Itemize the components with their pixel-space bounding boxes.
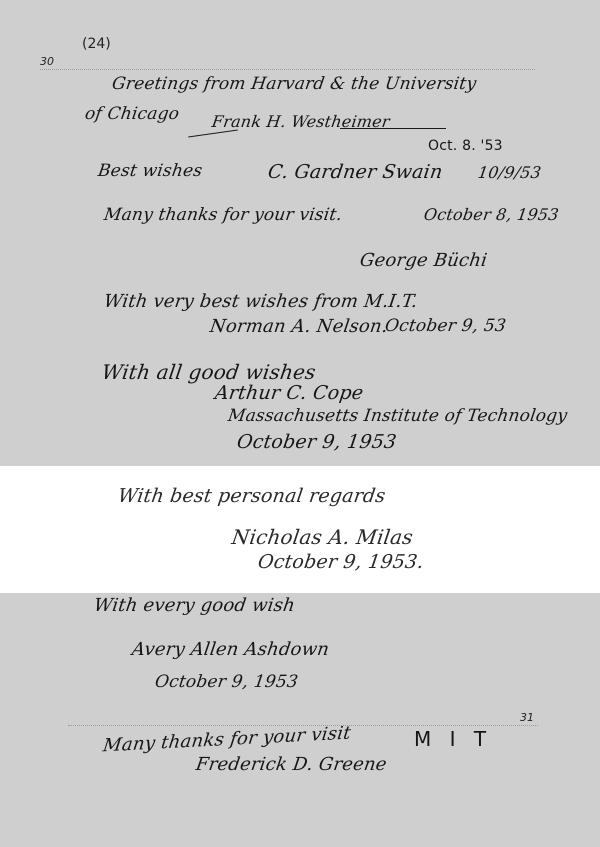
entry-affiliation: Massachusetts Institute of Technology [227, 408, 568, 425]
left-page-number: 30 [40, 55, 54, 68]
page-reference: (24) [82, 36, 111, 52]
entry-message: Best wishes [97, 163, 204, 180]
entry-signature: Nicholas A. Milas [231, 527, 415, 547]
entry-signature: Arthur C. Cope [214, 384, 365, 403]
entry-date: October 9, 53 [384, 318, 507, 335]
entry-date: Oct. 8. '53 [428, 139, 503, 153]
entry-signature: Avery Allen Ashdown [131, 641, 331, 659]
entry-message-cont: of Chicago [84, 106, 180, 123]
entry-date: October 8, 1953 [423, 207, 560, 223]
entry-message: With every good wish [93, 597, 296, 615]
entry-affiliation: M I T [414, 729, 492, 749]
entry-message: Many thanks for your visit. [103, 207, 343, 224]
entry-message: Many thanks for your visit [102, 725, 352, 756]
entry-date: 10/9/53 [477, 165, 542, 181]
entry-signature: C. Gardner Swain [267, 163, 444, 182]
entry-date: October 9, 1953. [257, 553, 425, 572]
entry-date: October 9, 1953 [154, 674, 299, 691]
entry-message: With all good wishes [101, 362, 318, 382]
entry-signature: George Büchi [359, 252, 489, 270]
page-break-rule-top [40, 69, 535, 70]
scanned-document-page: (24) 30 Greetings from Harvard & the Uni… [0, 0, 600, 847]
entry-signature: Norman A. Nelson. [209, 318, 389, 336]
entry-message: With very best wishes from M.I.T. [103, 293, 419, 311]
entry-message: Greetings from Harvard & the University [111, 76, 478, 93]
entry-date: October 9, 1953 [236, 433, 398, 452]
entry-signature: Frederick D. Greene [195, 756, 388, 774]
signature-tail-line [340, 128, 446, 129]
entry-message: With best personal regards [117, 487, 387, 506]
right-page-number: 31 [520, 711, 534, 724]
